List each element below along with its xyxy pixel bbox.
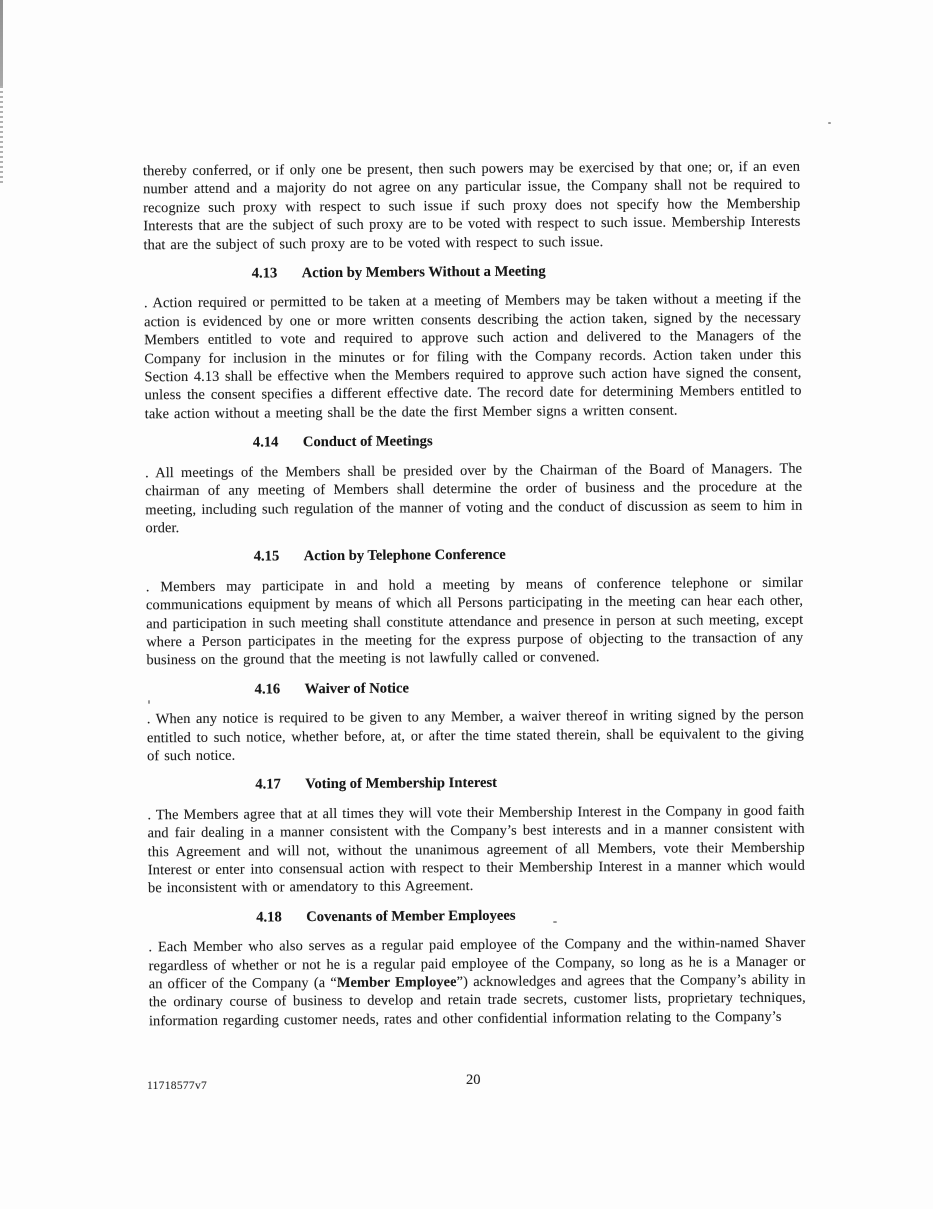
section-body: . Members may participate in and hold a …: [146, 573, 804, 670]
section-title: Action by Members Without a Meeting: [302, 263, 546, 283]
section-title: Covenants of Member Employees: [306, 907, 515, 927]
document-page: thereby conferred, or if only one be pre…: [0, 0, 933, 1209]
section-heading: 4.17 Voting of Membership Interest: [255, 772, 804, 794]
doc-id: 11718577v7: [147, 1080, 207, 1092]
document-content: thereby conferred, or if only one be pre…: [143, 158, 806, 1042]
scan-speck: [828, 122, 831, 124]
intro-paragraph: thereby conferred, or if only one be pre…: [143, 158, 801, 255]
section-number: 4.13: [252, 264, 302, 283]
section-heading: 4.16 Waiver of Notice: [255, 676, 804, 698]
section-number: 4.16: [255, 680, 305, 699]
scan-edge-artifact: [0, 0, 3, 86]
section-4-17: 4.17 Voting of Membership Interest . The…: [147, 772, 805, 898]
section-number: 4.14: [253, 433, 303, 452]
section-title: Action by Telephone Conference: [304, 546, 506, 566]
section-number: 4.15: [254, 548, 304, 567]
section-heading: 4.14 Conduct of Meetings: [253, 430, 802, 452]
section-number: 4.18: [256, 908, 306, 927]
page-number: 20: [466, 1072, 481, 1089]
section-title: Waiver of Notice: [305, 679, 409, 698]
section-body: . The Members agree that at all times th…: [147, 801, 805, 898]
section-4-15: 4.15 Action by Telephone Conference . Me…: [146, 544, 804, 670]
scan-edge-dotted-artifact: [0, 86, 3, 186]
section-number: 4.17: [255, 776, 305, 795]
section-title: Voting of Membership Interest: [305, 774, 497, 794]
section-heading: 4.15 Action by Telephone Conference: [254, 544, 803, 566]
section-body: . When any notice is required to be give…: [147, 706, 804, 766]
section-body: . Action required or permitted to be tak…: [144, 290, 802, 423]
section-heading: 4.18 Covenants of Member Employees: [256, 905, 805, 927]
section-4-16: 4.16 Waiver of Notice . When any notice …: [147, 676, 805, 765]
section-body: . Each Member who also serves as a regul…: [148, 934, 806, 1031]
section-4-14: 4.14 Conduct of Meetings . All meetings …: [145, 430, 803, 538]
section-heading: 4.13 Action by Members Without a Meeting: [252, 261, 801, 283]
section-4-18: 4.18 Covenants of Member Employees . Eac…: [148, 905, 806, 1031]
section-4-13: 4.13 Action by Members Without a Meeting…: [144, 261, 802, 424]
section-body: . All meetings of the Members shall be p…: [145, 459, 802, 537]
section-title: Conduct of Meetings: [303, 433, 433, 452]
